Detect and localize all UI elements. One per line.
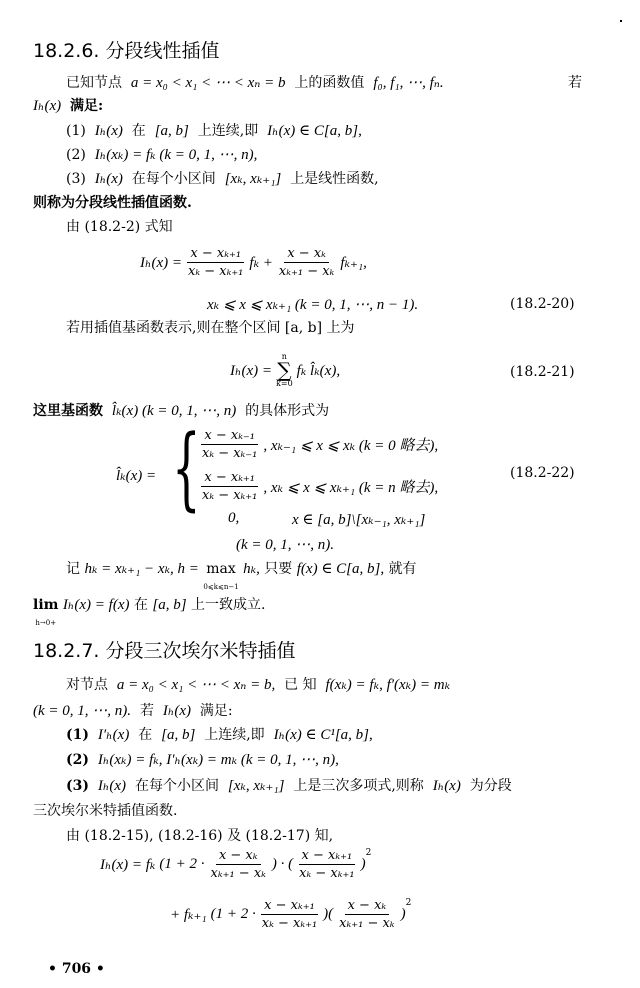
eq-paren: (1 + 2 · — [159, 856, 204, 873]
eq-lhs: Iₕ(x) = — [230, 361, 272, 380]
eq22-case-3-condition: x ∈ [a, b]\[xₖ₋₁, xₖ₊₁] — [292, 510, 425, 529]
section-heading-18-2-6: 18.2.6. 分段线性插值 — [33, 36, 220, 63]
condition-math: [a, b] — [155, 123, 189, 139]
limit-math: Iₕ(x) = f(x) — [63, 596, 130, 614]
lim-operator: lim h→0+ — [33, 596, 58, 632]
s2-intro-line-2: (k = 0, 1, ⋯, n). 若 Iₕ(x) 满足: — [33, 702, 233, 720]
intro-line-1: 已知节点 a = x₀ < x₁ < ⋯ < xₙ = b 上的函数值 f₀, … — [66, 74, 444, 92]
denominator: xₖ − xₖ₋₁ — [199, 445, 260, 461]
basis-intro-text: 若用插值基函数表示,则在整个区间 [a, b] 上为 — [66, 319, 354, 337]
eq-paren: (1 + 2 · — [211, 906, 256, 923]
s2-definition-text: 三次埃尔米特插值函数. — [33, 802, 177, 820]
denominator: xₖ − xₖ₊₁ — [185, 263, 246, 279]
condition-text: 为分段 — [470, 778, 512, 794]
condition-label: (2) — [66, 752, 89, 768]
condition-math: Iₕ(xₖ) = fₖ, I′ₕ(xₖ) = mₖ (k = 0, 1, ⋯, … — [98, 752, 339, 768]
numerator: x − xₖ₋₁ — [201, 428, 258, 445]
condition-2: (2) Iₕ(xₖ) = fₖ (k = 0, 1, ⋯, n), — [66, 146, 257, 164]
denominator: xₖ − xₖ₊₁ — [199, 487, 260, 503]
max-operator: max 0⩽k⩽n−1 — [203, 560, 238, 596]
condition-text: 在 — [138, 727, 152, 743]
eq-paren: ) · ( — [272, 856, 293, 873]
fraction: x − xₖ₊₁xₖ − xₖ₊₁ — [199, 470, 260, 503]
condition-math: [xₖ, xₖ₊₁] — [225, 171, 282, 187]
equation-number: (18.2-22) — [510, 465, 575, 481]
limit-text: 上一致成立. — [191, 596, 265, 614]
eq20-range: xₖ ⩽ x ⩽ xₖ₊₁ (k = 0, 1, ⋯, n − 1). — [207, 295, 418, 314]
condition-text: 在每个小区间 — [132, 171, 216, 187]
condition-math: Iₕ(x) — [95, 171, 123, 187]
condition-math: I′ₕ(x) — [98, 727, 129, 743]
numerator: x − xₖ — [216, 848, 261, 865]
intro-text: 满足: — [70, 98, 103, 114]
exponent: 2 — [366, 848, 372, 858]
convergence-text: 就有 — [389, 560, 417, 578]
basis-form-text: 的具体形式为 — [245, 403, 329, 419]
nodes-math: a = x₀ < x₁ < ⋯ < xₙ = b — [131, 75, 286, 91]
condition-label: (2) — [66, 147, 86, 163]
condition-math: Iₕ(x) — [98, 778, 126, 794]
condition-text: 在 — [132, 123, 146, 139]
intro-text: 已知节点 — [66, 75, 122, 91]
intro-text: 上的函数值 — [294, 75, 364, 91]
eq22-case-2: x − xₖ₊₁xₖ − xₖ₊₁ , xₖ ⩽ x ⩽ xₖ₊₁ (k = n… — [196, 470, 438, 503]
function-math: Iₕ(x) — [163, 703, 191, 719]
exponent: 2 — [406, 898, 412, 908]
hermite-equation-line-1: Iₕ(x) = fₖ (1 + 2 · x − xₖxₖ₊₁ − xₖ ) · … — [100, 848, 371, 881]
derivative-math: f(xₖ) = fₖ, f′(xₖ) = mₖ — [326, 677, 451, 693]
s2-from-eq-text: 由 (18.2-15), (18.2-16) 及 (18.2-17) 知, — [66, 827, 333, 845]
limit-text: 在 — [134, 596, 148, 614]
page-number: • 706 • — [48, 960, 105, 978]
fraction: x − xₖ₋₁xₖ − xₖ₋₁ — [199, 428, 260, 461]
condition-math: [a, b] — [161, 727, 195, 743]
eq22-lhs: l̂ₖ(x) = — [116, 466, 156, 485]
denominator: xₖ₊₁ − xₖ — [336, 915, 397, 931]
condition-text: 上是线性函数, — [290, 171, 378, 187]
convergence-math: hₖ, — [243, 560, 260, 578]
numerator: x − xₖ₊₁ — [261, 898, 318, 915]
convergence-math: f(x) ∈ C[a, b], — [297, 560, 384, 578]
condition-math: Iₕ(x) ∈ C¹[a, b], — [274, 727, 373, 743]
eq-term: fₖ + — [249, 253, 273, 272]
condition-math: Iₕ(xₖ) = fₖ (k = 0, 1, ⋯, n), — [95, 147, 258, 163]
s2-condition-1: (1) I′ₕ(x) 在 [a, b] 上连续,即 Iₕ(x) ∈ C¹[a, … — [66, 726, 373, 744]
nodes-math: a = x₀ < x₁ < ⋯ < xₙ = b, — [117, 677, 275, 693]
numerator: x − xₖ₊₁ — [187, 246, 244, 263]
eq-paren: ) — [361, 856, 366, 873]
eq-paren: )( — [323, 906, 333, 923]
denominator: xₖ₊₁ − xₖ — [208, 865, 269, 881]
k-range-math: (k = 0, 1, ⋯, n). — [33, 703, 131, 719]
definition-text: 则称为分段线性插值函数. — [33, 194, 192, 212]
scan-speck — [620, 20, 622, 22]
lim-subscript: h→0+ — [35, 614, 56, 632]
sum-sign: ∑ — [277, 361, 291, 379]
condition-label: (3) — [66, 171, 86, 187]
intro-text: 对节点 — [66, 677, 108, 693]
eq-paren: ) — [401, 906, 406, 923]
eq-term: + fₖ₊₁ — [170, 905, 207, 924]
numerator: x − xₖ₊₁ — [201, 470, 258, 487]
fraction: x − xₖ₊₁xₖ − xₖ₊₁ — [296, 848, 357, 881]
limit-line: lim h→0+ Iₕ(x) = f(x) 在 [a, b] 上一致成立. — [33, 596, 265, 632]
intro-text: 满足: — [200, 703, 233, 719]
eq22-case-1: x − xₖ₋₁xₖ − xₖ₋₁ , xₖ₋₁ ⩽ x ⩽ xₖ (k = 0… — [196, 428, 438, 461]
condition-1: (1) Iₕ(x) 在 [a, b] 上连续,即 Iₕ(x) ∈ C[a, b]… — [66, 122, 362, 140]
eq22-k-range: (k = 0, 1, ⋯, n). — [236, 535, 334, 554]
intro-text: 若 — [568, 74, 582, 92]
case-condition: , xₖ₋₁ ⩽ x ⩽ xₖ (k = 0 略去), — [263, 434, 438, 455]
numerator: x − xₖ — [345, 898, 390, 915]
convergence-math: hₖ = xₖ₊₁ − xₖ, h = — [84, 560, 198, 578]
equation-number: (18.2-20) — [510, 296, 575, 312]
denominator: xₖ − xₖ₊₁ — [296, 865, 357, 881]
condition-math: Iₕ(x) ∈ C[a, b], — [267, 123, 362, 139]
condition-math: [xₖ, xₖ₊₁] — [228, 778, 285, 794]
condition-label: (1) — [66, 727, 89, 743]
eq-rhs: fₖ l̂ₖ(x), — [297, 361, 340, 380]
max-label: max — [206, 560, 236, 578]
sum-lower: k=0 — [276, 379, 293, 388]
equation-18-2-21: Iₕ(x) = n ∑ k=0 fₖ l̂ₖ(x), — [230, 352, 340, 388]
sum-operator: n ∑ k=0 — [276, 352, 293, 388]
intro-text: 已 知 — [284, 677, 316, 693]
condition-label: (3) — [66, 778, 89, 794]
function-math: Iₕ(x) — [33, 98, 61, 114]
denominator: xₖ − xₖ₊₁ — [259, 915, 320, 931]
equation-18-2-20: Iₕ(x) = x − xₖ₊₁xₖ − xₖ₊₁ fₖ + x − xₖxₖ₊… — [140, 246, 367, 279]
limit-math: [a, b] — [152, 596, 186, 614]
convergence-text: 记 — [66, 560, 80, 578]
values-math: f₀, f₁, ⋯, fₙ. — [373, 75, 443, 91]
fraction: x − xₖ₊₁xₖ − xₖ₊₁ — [259, 898, 320, 931]
convergence-line: 记 hₖ = xₖ₊₁ − xₖ, h = max 0⩽k⩽n−1 hₖ, 只要… — [66, 560, 417, 596]
max-subscript: 0⩽k⩽n−1 — [203, 578, 238, 596]
fraction: x − xₖxₖ₊₁ − xₖ — [208, 848, 269, 881]
equation-number: (18.2-21) — [510, 364, 575, 380]
fraction: x − xₖ₊₁xₖ − xₖ₊₁ — [185, 246, 246, 279]
condition-3: (3) Iₕ(x) 在每个小区间 [xₖ, xₖ₊₁] 上是线性函数, — [66, 170, 379, 188]
eq-term: fₖ₊₁, — [340, 253, 367, 272]
intro-text: 若 — [140, 703, 154, 719]
case-condition: , xₖ ⩽ x ⩽ xₖ₊₁ (k = n 略去), — [263, 476, 438, 497]
condition-text: 上是三次多项式,则称 — [293, 778, 423, 794]
section-heading-18-2-7: 18.2.7. 分段三次埃尔米特插值 — [33, 636, 296, 663]
condition-text: 上连续,即 — [204, 727, 264, 743]
intro-line-2: Iₕ(x) 满足: — [33, 97, 103, 115]
condition-math: Iₕ(x) — [433, 778, 461, 794]
condition-math: Iₕ(x) — [95, 123, 123, 139]
basis-form-text: 这里基函数 — [33, 403, 103, 419]
from-eq-text: 由 (18.2-2) 式知 — [66, 218, 173, 236]
denominator: xₖ₊₁ − xₖ — [276, 263, 337, 279]
hermite-equation-line-2: + fₖ₊₁ (1 + 2 · x − xₖ₊₁xₖ − xₖ₊₁ )( x −… — [170, 898, 411, 931]
s2-condition-3: (3) Iₕ(x) 在每个小区间 [xₖ, xₖ₊₁] 上是三次多项式,则称 I… — [66, 777, 512, 795]
eq22-case-3-value: 0, — [228, 510, 239, 527]
fraction: x − xₖxₖ₊₁ − xₖ — [276, 246, 337, 279]
condition-label: (1) — [66, 123, 86, 139]
condition-text: 上连续,即 — [198, 123, 258, 139]
s2-condition-2: (2) Iₕ(xₖ) = fₖ, I′ₕ(xₖ) = mₖ (k = 0, 1,… — [66, 751, 339, 769]
convergence-text: 只要 — [264, 560, 292, 578]
eq-lhs: Iₕ(x) = fₖ — [100, 855, 155, 874]
numerator: x − xₖ — [284, 246, 329, 263]
s2-intro-line-1: 对节点 a = x₀ < x₁ < ⋯ < xₙ = b, 已 知 f(xₖ) … — [66, 676, 450, 694]
lim-label: lim — [33, 596, 58, 614]
eq-lhs: Iₕ(x) = — [140, 253, 182, 272]
numerator: x − xₖ₊₁ — [299, 848, 356, 865]
condition-text: 在每个小区间 — [135, 778, 219, 794]
fraction: x − xₖxₖ₊₁ − xₖ — [336, 898, 397, 931]
